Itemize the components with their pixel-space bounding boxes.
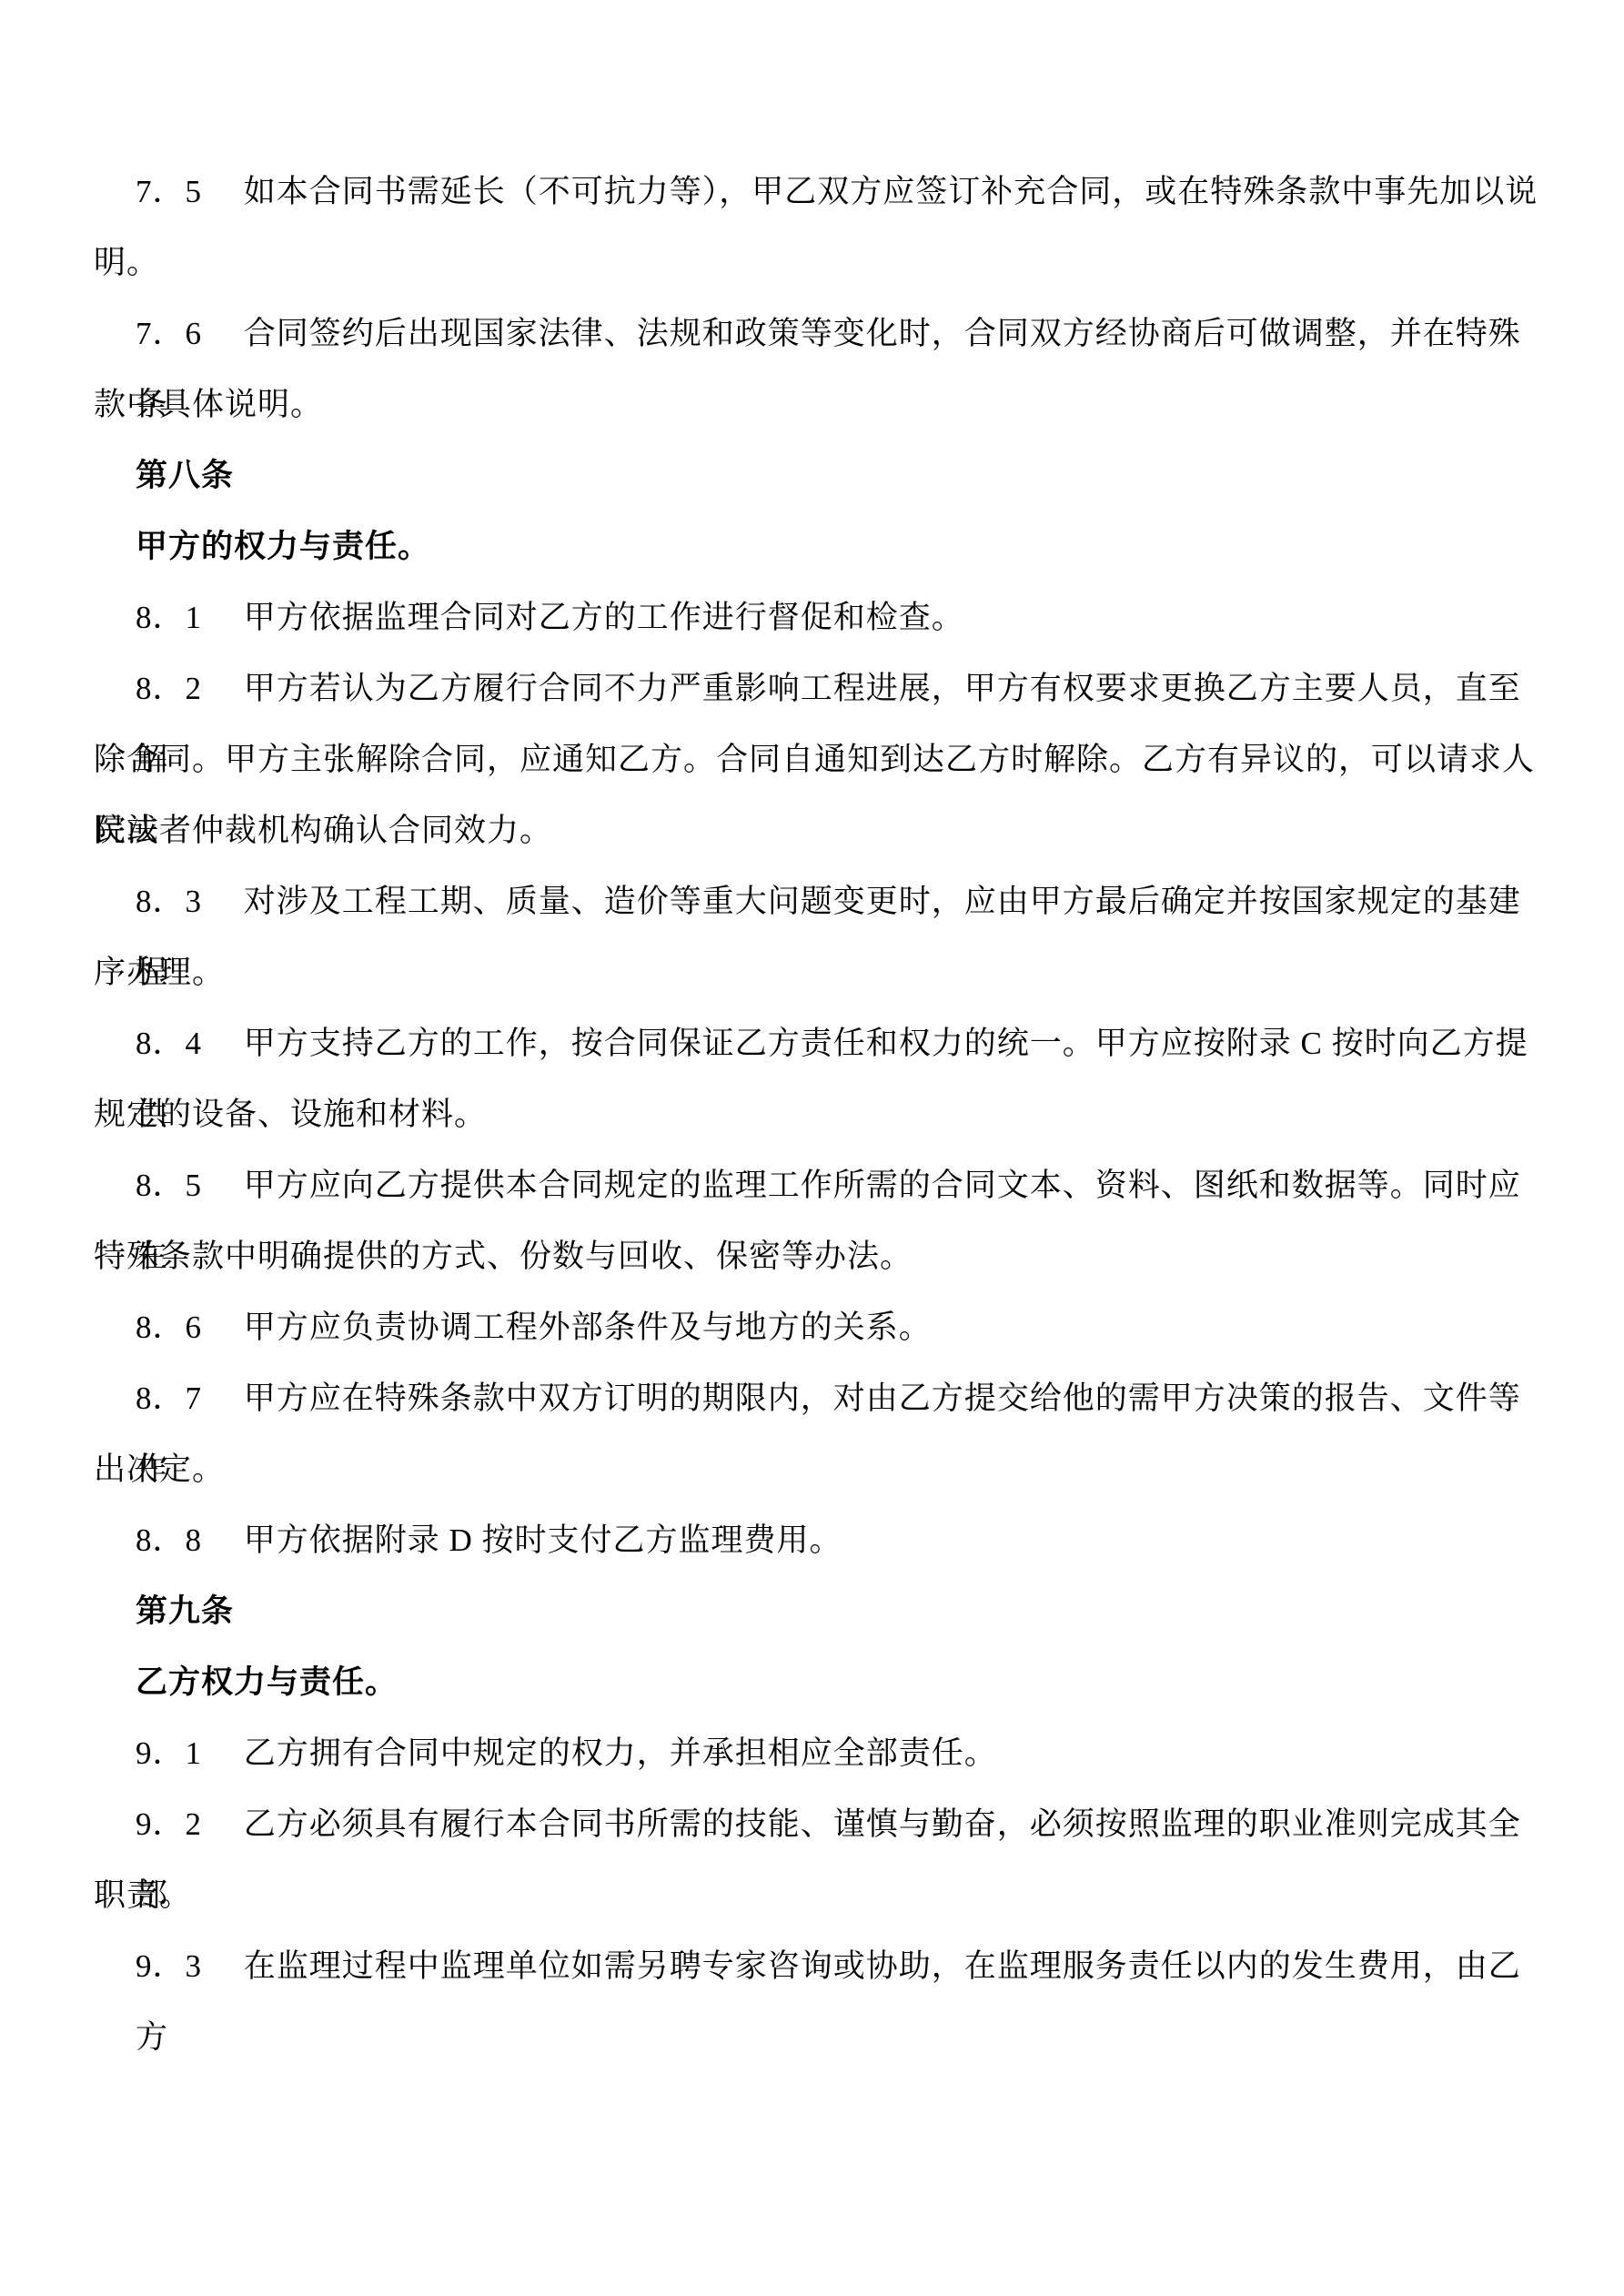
document-line: 8．8 甲方依据附录 D 按时支付乙方监理费用。: [94, 1505, 1540, 1576]
document-line: 8．4 甲方支持乙方的工作，按合同保证乙方责任和权力的统一。甲方应按附录 C 按…: [94, 1008, 1540, 1079]
document-line: 8．2 甲方若认为乙方履行合同不力严重影响工程进展，甲方有权要求更换乙方主要人员…: [94, 653, 1540, 724]
document-line: 9．1 乙方拥有合同中规定的权力，并承担相应全部责任。: [94, 1718, 1540, 1789]
document-line: 7．6 合同签约后出现国家法律、法规和政策等变化时，合同双方经协商后可做调整，并…: [94, 298, 1540, 369]
document-line: 8．1 甲方依据监理合同对乙方的工作进行督促和检查。: [94, 582, 1540, 653]
heading-line: 第九条: [94, 1576, 1540, 1647]
document-line: 9．2 乙方必须具有履行本合同书所需的技能、谨慎与勤奋，必须按照监理的职业准则完…: [94, 1789, 1540, 1860]
document-line: 特殊条款中明确提供的方式、份数与回收、保密等办法。: [94, 1221, 1540, 1292]
document-line: 出决定。: [94, 1434, 1540, 1505]
heading-line: 甲方的权力与责任。: [94, 511, 1540, 582]
document-line: 7．5 如本合同书需延长（不可抗力等），甲乙双方应签订补充合同，或在特殊条款中事…: [94, 157, 1540, 228]
document-line: 8．3 对涉及工程工期、质量、造价等重大问题变更时，应由甲方最后确定并按国家规定…: [94, 866, 1540, 937]
contract-page: 7．5 如本合同书需延长（不可抗力等），甲乙双方应签订补充合同，或在特殊条款中事…: [0, 0, 1624, 2296]
heading-line: 第八条: [94, 440, 1540, 511]
document-line: 序办理。: [94, 937, 1540, 1008]
document-line: 8．5 甲方应向乙方提供本合同规定的监理工作所需的合同文本、资料、图纸和数据等。…: [94, 1150, 1540, 1221]
document-line: 9．3 在监理过程中监理单位如需另聘专家咨询或协助，在监理服务责任以内的发生费用…: [94, 1931, 1540, 2002]
document-line: 院或者仲裁机构确认合同效力。: [94, 795, 1540, 866]
document-line: 8．7 甲方应在特殊条款中双方订明的期限内，对由乙方提交给他的需甲方决策的报告、…: [94, 1363, 1540, 1434]
document-line: 职责。: [94, 1860, 1540, 1931]
document-line: 除合同。甲方主张解除合同，应通知乙方。合同自通知到达乙方时解除。乙方有异议的，可…: [94, 724, 1540, 795]
document-line: 明。: [94, 228, 1540, 298]
heading-line: 乙方权力与责任。: [94, 1647, 1540, 1718]
document-line: 款中具体说明。: [94, 369, 1540, 440]
document-line: 规定的设备、设施和材料。: [94, 1079, 1540, 1150]
document-line: 8．6 甲方应负责协调工程外部条件及与地方的关系。: [94, 1292, 1540, 1363]
document-body: 7．5 如本合同书需延长（不可抗力等），甲乙双方应签订补充合同，或在特殊条款中事…: [94, 157, 1540, 2002]
